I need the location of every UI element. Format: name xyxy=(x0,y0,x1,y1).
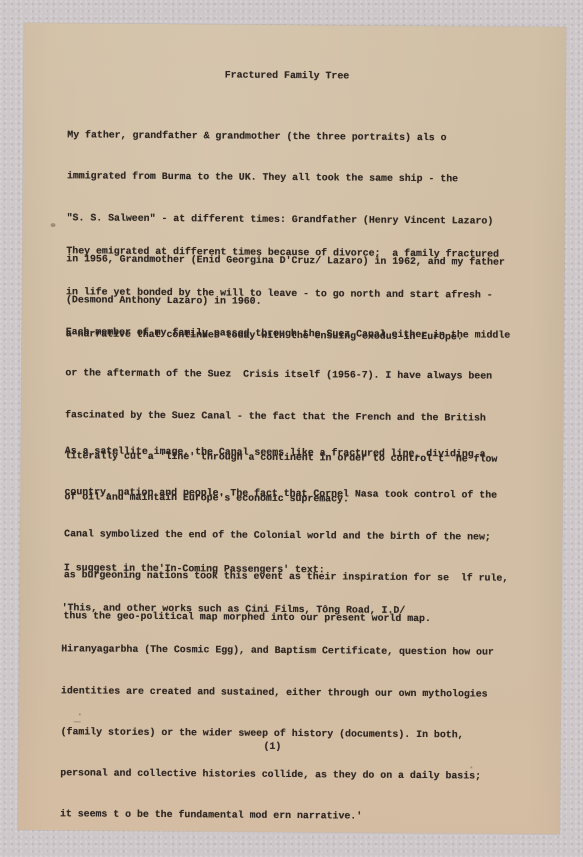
text-line: They emigrated at different times becaus… xyxy=(66,241,499,264)
text-line: Hiranyagarbha (The Cosmic Egg), and Bapt… xyxy=(61,639,494,662)
ink-speck xyxy=(51,223,56,227)
typewritten-page: Fractured Family Tree My father, grandfa… xyxy=(18,23,566,834)
text-line: country, nation and people. The fact tha… xyxy=(64,483,509,506)
ink-speck xyxy=(470,766,472,768)
paragraph-quotation: 'This, and other works such as Cini Film… xyxy=(60,576,495,849)
ink-speck xyxy=(79,713,81,715)
ink-speck xyxy=(74,721,81,722)
text-line: My father, grandfather & grandmother (th… xyxy=(67,125,506,148)
text-line: As a satellite image, the Canal seems li… xyxy=(65,441,510,464)
text-line: Each member of my family passed through … xyxy=(66,322,511,345)
text-line: or the aftermath of the Suez Crisis itse… xyxy=(65,364,510,387)
text-line: immigrated from Burma to the UK. They al… xyxy=(67,167,506,190)
document-title: Fractured Family Tree xyxy=(225,69,350,81)
text-line: it seems t o be the fundamental mod ern … xyxy=(60,805,493,828)
page-number: (1) xyxy=(263,741,281,752)
text-line: personal and collective histories collid… xyxy=(60,763,493,786)
text-line: identities are created and sustained, ei… xyxy=(61,681,494,704)
text-line: 'This, and other works such as Cini Film… xyxy=(62,598,495,621)
